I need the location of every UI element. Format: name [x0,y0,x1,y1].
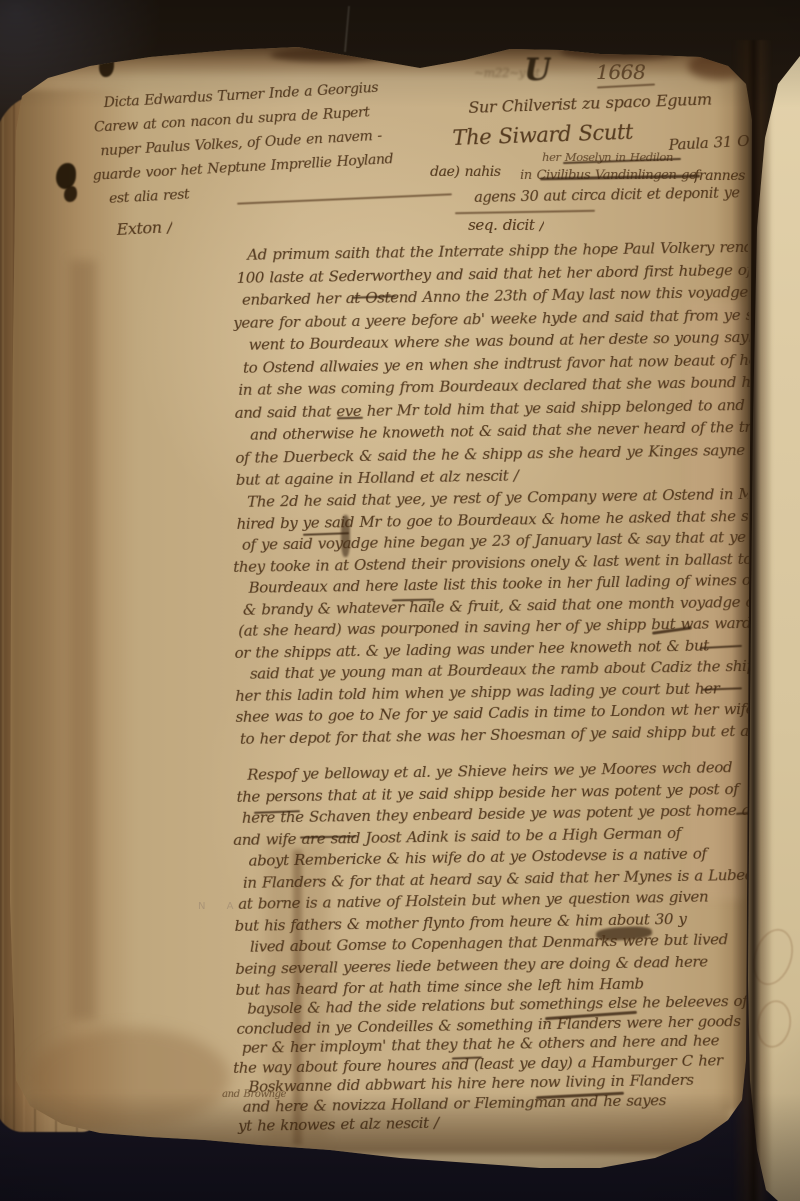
ink-blot [64,186,77,202]
margin-signoff: Exton / [116,217,173,239]
deposition-paragraph-2: The 2d he said that yee, ye rest of ye C… [232,484,752,750]
heading-authority: Sur Chilverist zu spaco Eguum [468,88,758,117]
ink-blot [56,163,76,189]
ink-blot [99,55,114,77]
deposition-paragraph-1: Ad primum saith that the Interrate shipp… [232,236,752,492]
heading-age-line: agens 30 aut circa dicit et deponit ye [474,185,758,206]
burn-spot [560,44,680,60]
heading-seq-line: seq. dicit / [468,216,544,234]
heading-underline [455,210,595,214]
heavy-mark: U [524,52,551,88]
heading-pre2: dae) nahis [430,164,501,180]
deposition-paragraph-4: baysole & had the side relations but som… [232,992,750,1137]
heading-deponent-name: The Siward Scutt [452,120,633,150]
deposition-paragraph-3: Respof ye belloway et al. ye Shieve heir… [232,757,752,1002]
interline-note: and Brownge [222,1089,286,1100]
left-crease-line [70,260,96,1020]
margin-note: Dicta Edwardus Turner Inde a Georgius Ca… [88,70,486,212]
archive-stamp: N A [198,901,243,912]
gutter-crease-shadow [732,40,772,1201]
manuscript-page: Dicta Edwardus Turner Inde a Georgius Ca… [0,0,800,1201]
background-scratch [344,6,350,52]
burn-spot [270,48,390,62]
manuscript-photo: Dicta Edwardus Turner Inde a Georgius Ca… [0,0,800,1201]
year-underline [597,83,655,88]
year-label: 1668 [596,60,645,84]
left-shade [10,90,130,1130]
corner-patch [30,1028,230,1128]
